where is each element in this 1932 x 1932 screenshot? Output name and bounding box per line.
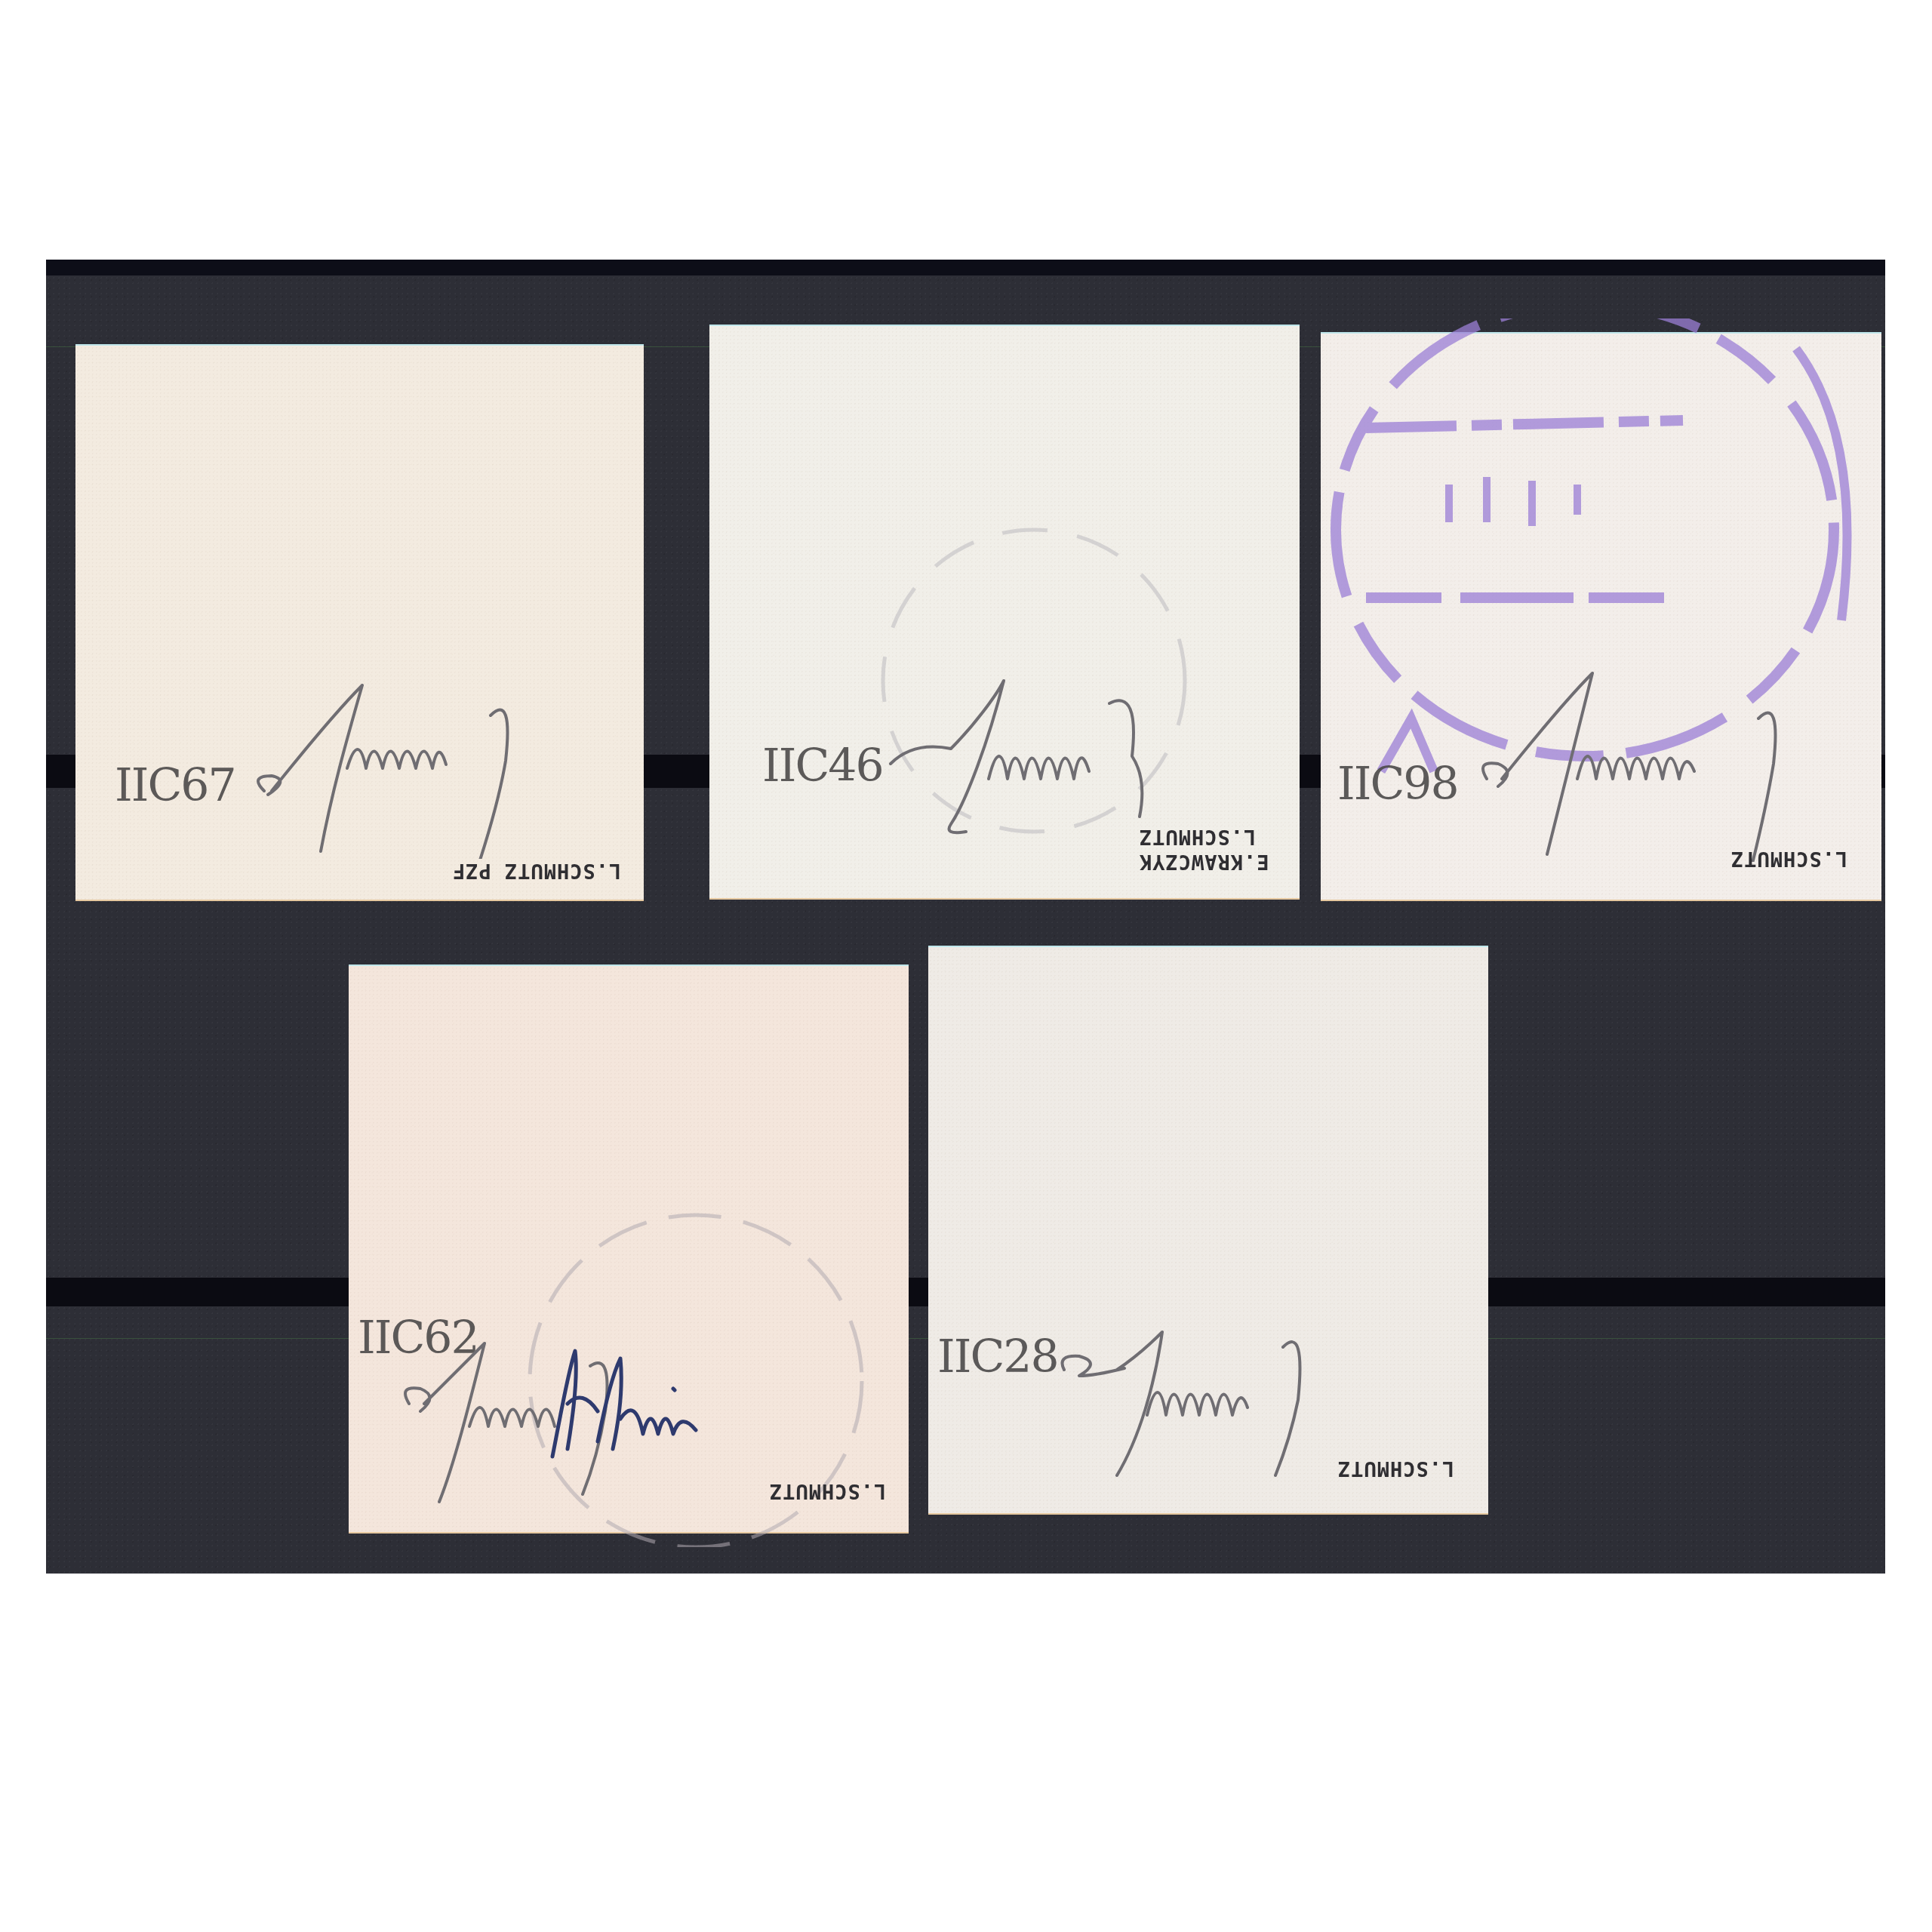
expert-handstamp: L.SCHMUTZ: [1337, 1457, 1454, 1480]
pencil-signature: [1472, 666, 1849, 862]
expert-handstamp: L.SCHMUTZ: [1730, 847, 1847, 870]
stamp-back-4: IIC62 L.SCHMUTZ: [349, 966, 909, 1532]
catalog-number: IIC28: [937, 1331, 1058, 1383]
stockcard: IIC67 L.SCHMUTZ PZF IIC46 L.SCHMUTZ E.KR…: [46, 260, 1885, 1574]
stockcard-top-strip: [46, 260, 1885, 275]
expert-handstamp-group: L.SCHMUTZ E.KRAWCZYK: [1139, 824, 1269, 848]
pencil-signature: [1057, 1324, 1374, 1491]
catalog-number: IIC67: [115, 759, 235, 812]
catalog-number: IIC46: [762, 740, 883, 792]
stamp-back-2: IIC46 L.SCHMUTZ E.KRAWCZYK: [709, 326, 1300, 898]
expert-handstamp: L.SCHMUTZ: [769, 1479, 886, 1503]
expert-handstamp-schmutz: L.SCHMUTZ: [1139, 825, 1269, 848]
stamp-back-1: IIC67 L.SCHMUTZ PZF: [75, 346, 644, 900]
pencil-signature: [249, 678, 566, 859]
ink-signature: [522, 1343, 734, 1479]
stamp-back-5: IIC28 L.SCHMUTZ: [928, 947, 1488, 1513]
expert-handstamp: L.SCHMUTZ PZF: [452, 859, 621, 882]
catalog-number: IIC98: [1337, 758, 1458, 811]
expert-handstamp-krawczyk: E.KRAWCZYK: [1139, 850, 1269, 873]
catalog-number: IIC62: [358, 1312, 478, 1364]
stamp-back-3: IIC98 L.SCHMUTZ: [1321, 334, 1881, 900]
faint-postmark: [860, 507, 1207, 854]
violet-postmark: [1313, 318, 1887, 801]
